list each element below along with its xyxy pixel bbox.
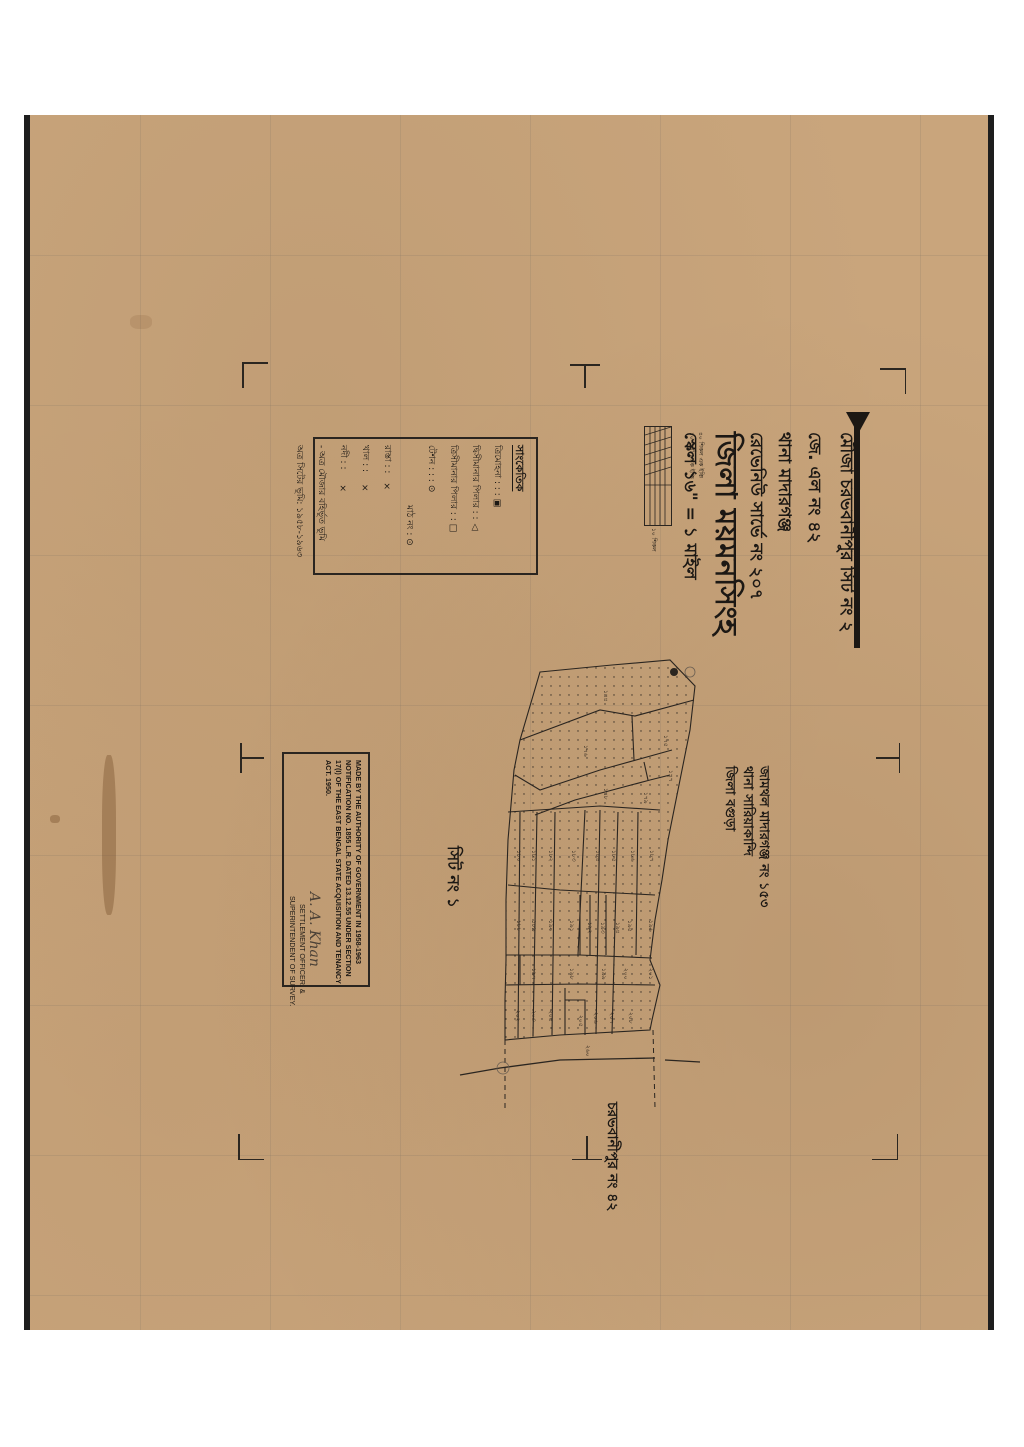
plot-number: ২০৬	[590, 1012, 601, 1024]
plot-number: ১৯৫	[624, 920, 635, 932]
plot-number: ১৮৮	[513, 920, 524, 932]
plot-number: ২০৭	[606, 1012, 617, 1024]
plot-number: ১৮৫	[608, 850, 619, 862]
plot-number: ১৭৮	[600, 788, 611, 800]
plot-number: ১৭৬	[580, 745, 591, 757]
plot-number: ২০১	[645, 968, 656, 980]
plot-number: ২৬০	[582, 1045, 593, 1057]
plot-number: ১৯২	[584, 922, 595, 934]
plot-number: ১৮৯	[528, 920, 539, 932]
plot-number: ১৯৯	[598, 968, 609, 980]
plot-number: ১৭৫	[660, 735, 671, 747]
plot-number: ১৮২	[545, 850, 556, 862]
plot-number: ১৯৬	[645, 920, 656, 932]
plot-number: ২০৫	[575, 1015, 586, 1027]
plot-number: ১৭৯	[640, 792, 651, 804]
plot-number: ১৮৪	[592, 850, 603, 862]
plot-number: ১৯৪	[612, 922, 623, 934]
plot-number: ১৭৪	[600, 690, 611, 702]
plot-number: ২০৩	[528, 1010, 539, 1022]
plot-number: ২০০	[620, 968, 631, 980]
plot-number: ২০২	[512, 1010, 523, 1022]
plot-number: ১৯৭	[528, 968, 539, 980]
cadastral-plot-map	[0, 0, 1024, 1447]
plot-number: ১৮৬	[627, 850, 638, 862]
plot-number: ১৮৭	[646, 850, 657, 862]
plot-number: ১৮৩	[568, 850, 579, 862]
plot-number: ২০৮	[625, 1012, 636, 1024]
plot-number: ১৯৩	[597, 922, 608, 934]
plot-number: ১৯০	[545, 920, 556, 932]
plot-number: ১৮০	[513, 850, 524, 862]
plot-number: ১৮১	[528, 850, 539, 862]
plot-number: ২০৪	[545, 1010, 556, 1022]
plot-number: ১৭৭	[665, 770, 676, 782]
plot-number: ১৯৮	[566, 968, 577, 980]
plot-number: ১৯১	[566, 920, 577, 932]
